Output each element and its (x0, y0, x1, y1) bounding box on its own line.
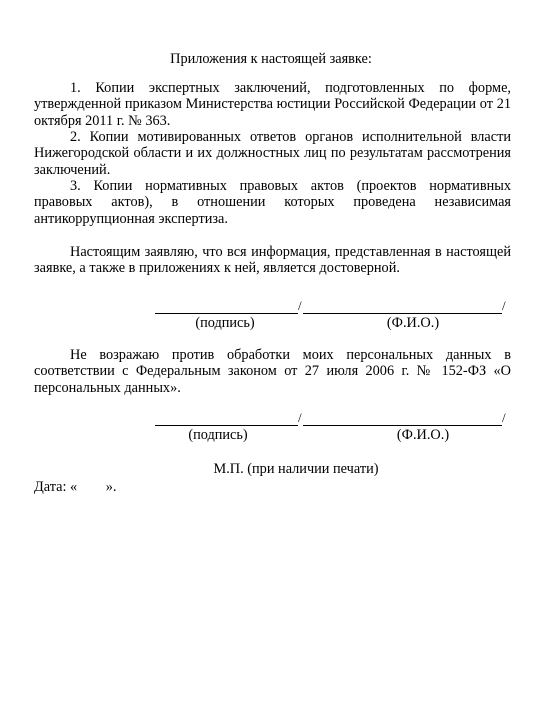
declaration-paragraph: Настоящим заявляю, что вся информация, п… (34, 244, 511, 277)
signature-line[interactable] (155, 425, 298, 426)
signature-block-2: / / (подпись) (Ф.И.О.) (0, 410, 542, 450)
stamp-note: М.П. (при наличии печати) (0, 461, 542, 477)
signature-caption: (подпись) (168, 427, 268, 443)
full-name-line[interactable] (303, 313, 502, 314)
signature-caption: (подпись) (175, 315, 275, 331)
full-name-line[interactable] (303, 425, 502, 426)
signature-block-1: / / (подпись) (Ф.И.О.) (0, 298, 542, 338)
appendix-item-3: 3. Копии нормативных правовых актов (про… (34, 178, 511, 227)
signature-separator: / (298, 410, 302, 426)
appendix-heading: Приложения к настоящей заявке: (0, 51, 542, 67)
signature-end-mark: / (502, 410, 506, 426)
document-page: Приложения к настоящей заявке: 1. Копии … (0, 0, 542, 715)
signature-end-mark: / (502, 298, 506, 314)
full-name-caption: (Ф.И.О.) (363, 315, 463, 331)
personal-data-consent-paragraph: Не возражаю против обработки моих персон… (34, 347, 511, 396)
signature-separator: / (298, 298, 302, 314)
signature-line[interactable] (155, 313, 298, 314)
full-name-caption: (Ф.И.О.) (373, 427, 473, 443)
appendix-item-2: 2. Копии мотивированных ответов органов … (34, 129, 511, 178)
appendix-item-1: 1. Копии экспертных заключений, подготов… (34, 80, 511, 129)
date-field[interactable]: Дата: « ». (34, 479, 117, 495)
